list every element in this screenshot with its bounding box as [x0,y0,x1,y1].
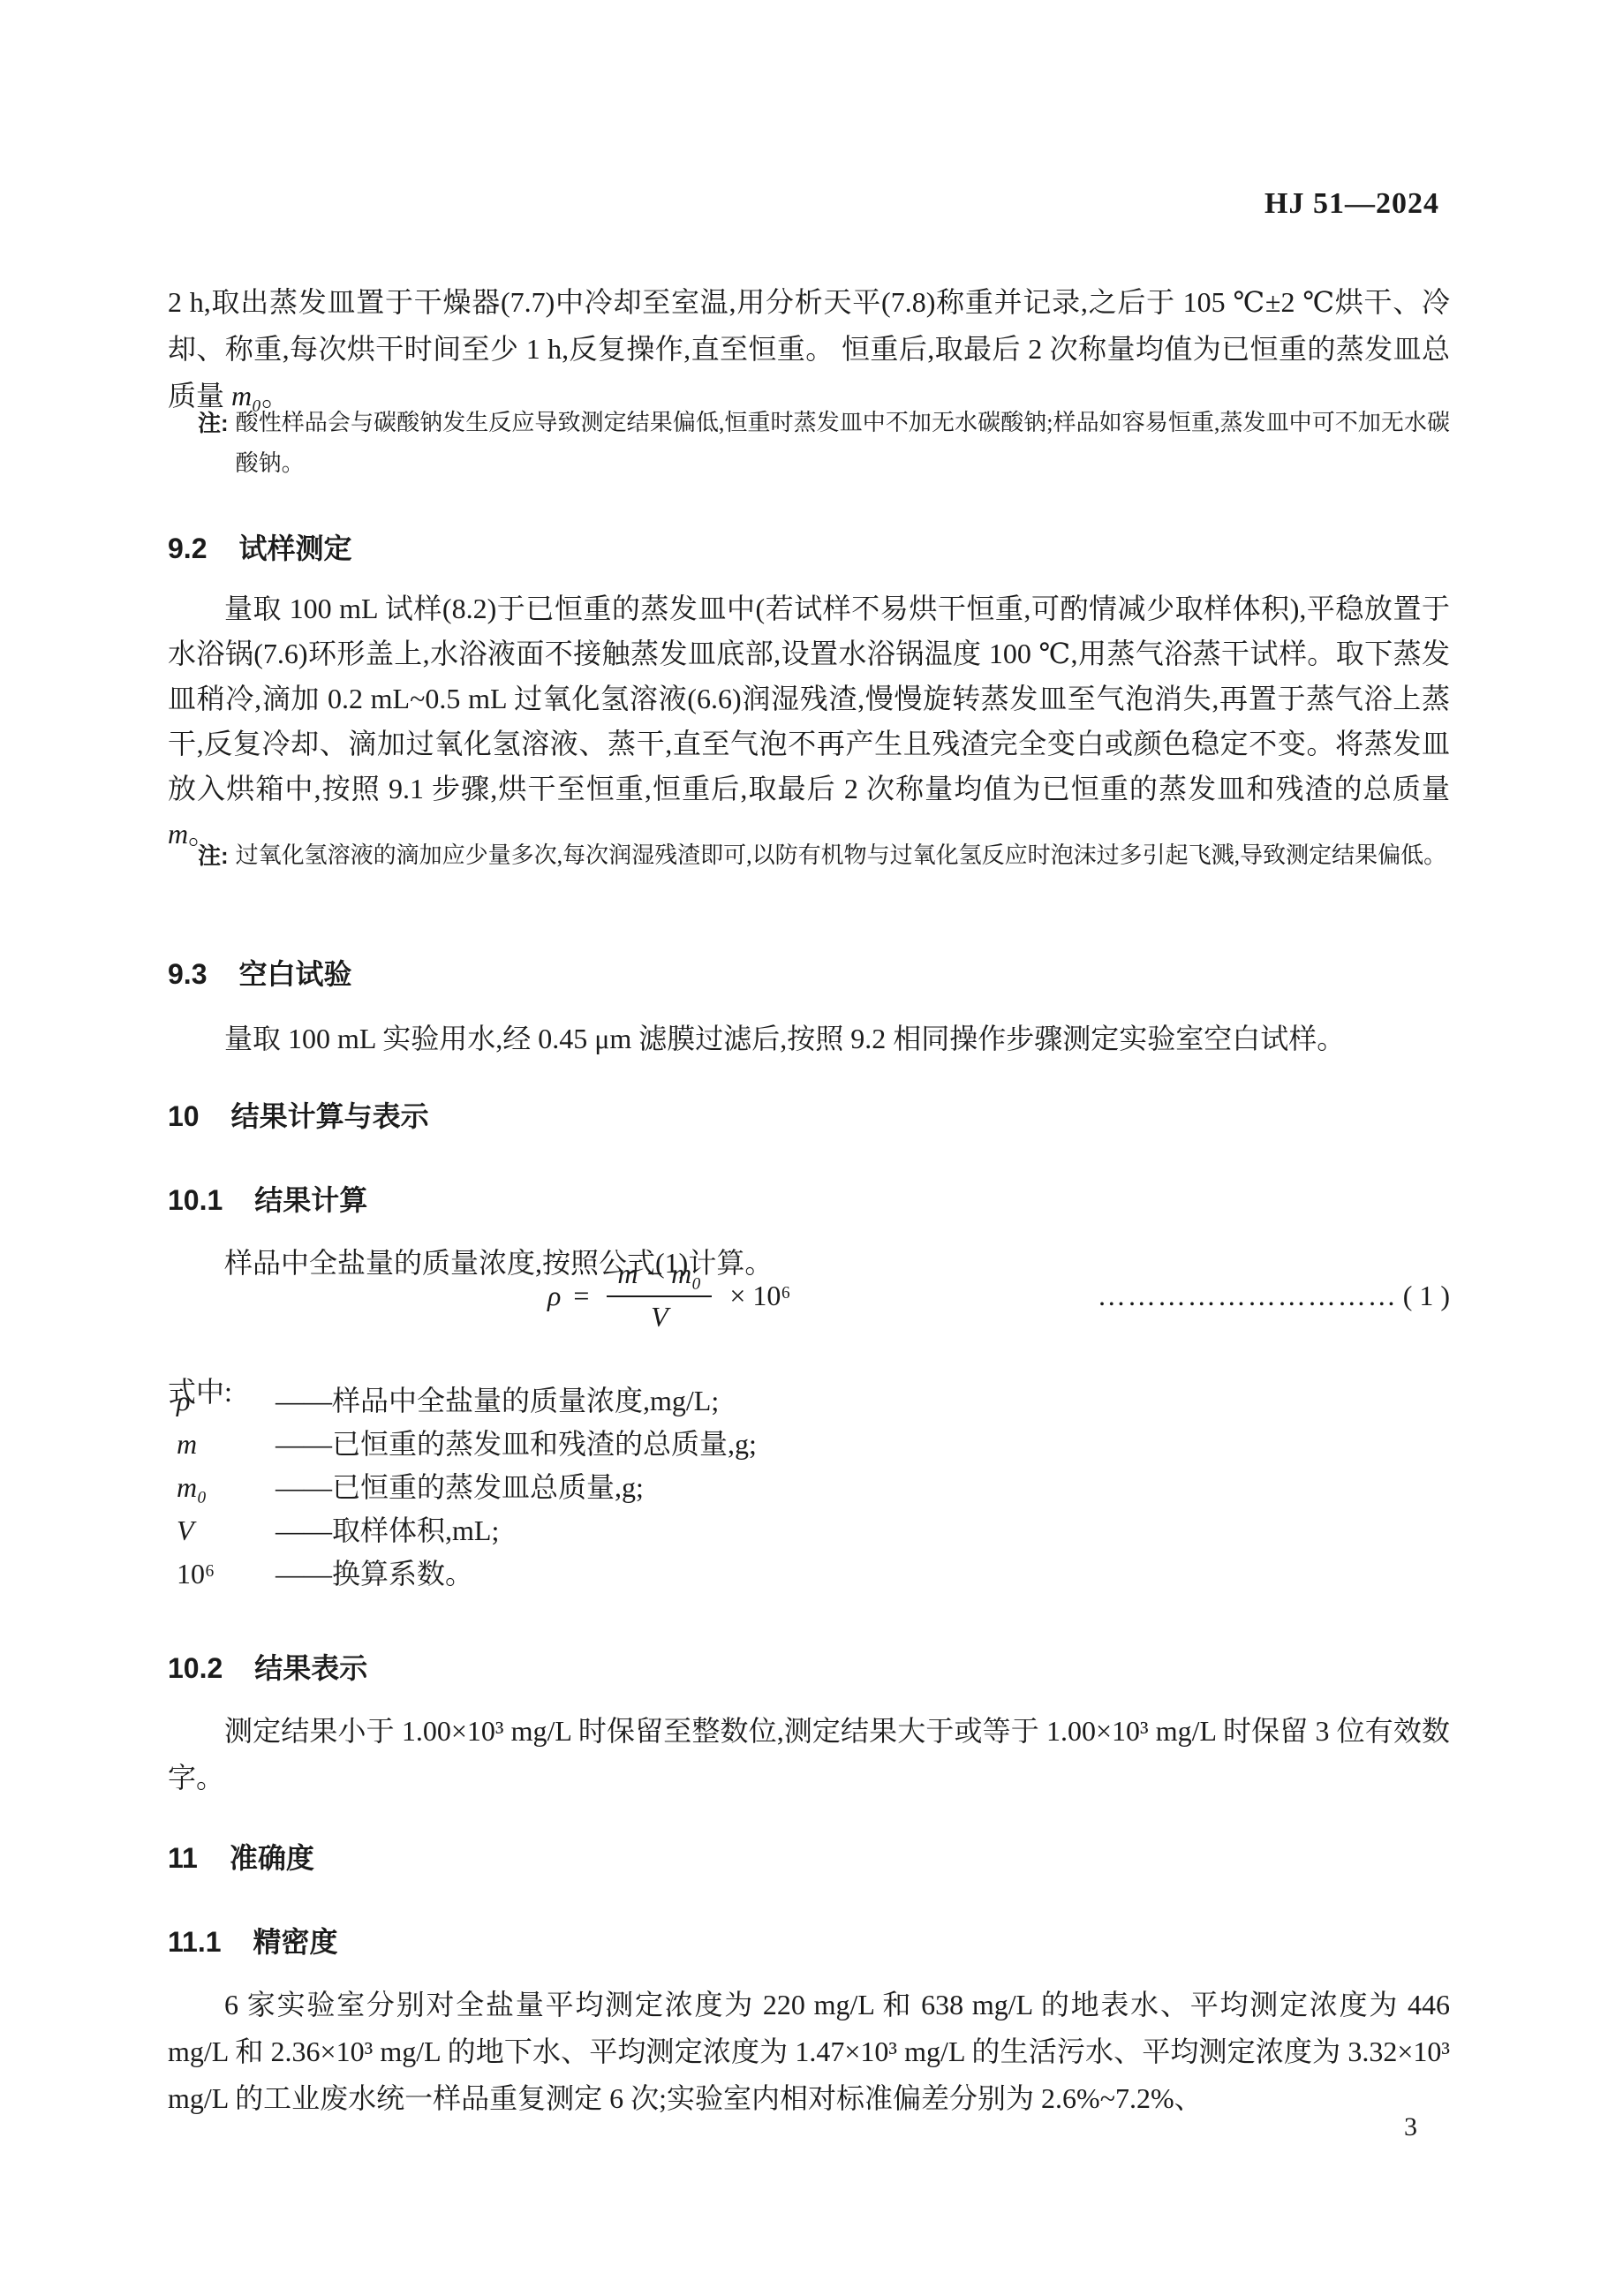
heading-number: 9.2 [168,532,207,564]
page-content: 2 h,取出蒸发皿置于干燥器(7.7)中冷却至室温,用分析天平(7.8)称重并记… [168,0,1450,2296]
page-number: 3 [1404,2112,1417,2142]
definition-dash: —— [276,1423,332,1466]
list-item: V —— 取样体积,mL; [168,1509,1450,1552]
equals-sign: = [573,1280,589,1312]
definition-dash: —— [276,1509,332,1552]
heading-9-3: 9.3空白试验 [168,955,1450,993]
leader-dots: ………………………… [1098,1280,1398,1311]
heading-10-1: 10.1结果计算 [168,1182,1450,1219]
note-text: 酸性样品会与碳酸钠发生反应导致测定结果偏低,恒重时蒸发皿中不加无水碳酸钠;样品如… [236,403,1450,484]
fraction: m − m₀ V [607,1258,712,1333]
paragraph-9-1-continuation: 2 h,取出蒸发皿置于干燥器(7.7)中冷却至室温,用分析天平(7.8)称重并记… [168,279,1450,419]
equation-number: ( 1 ) [1403,1280,1450,1311]
variable-term: m₀ [177,1466,276,1509]
heading-number: 11 [168,1842,198,1874]
variable-description: 换算系数。 [332,1552,1450,1596]
heading-title: 结果计算与表示 [231,1100,429,1132]
heading-number: 11.1 [168,1926,222,1958]
variable-rho: ρ [547,1280,561,1312]
definition-dash: —— [276,1466,332,1509]
note-text: 过氧化氢溶液的滴加应少量多次,每次润湿残渣即可,以防有机物与过氧化氢反应时泡沫过… [236,835,1450,876]
paragraph-text: 2 h,取出蒸发皿置于干燥器(7.7)中冷却至室温,用分析天平(7.8)称重并记… [168,286,1450,412]
variable-term: m [177,1423,276,1466]
paragraph-9-3: 量取 100 mL 实验用水,经 0.45 μm 滤膜过滤后,按照 9.2 相同… [168,1016,1450,1062]
variable-description: 样品中全盐量的质量浓度,mg/L; [332,1379,1450,1423]
heading-title: 精密度 [253,1926,338,1958]
definition-dash: —— [276,1379,332,1423]
heading-11: 11准确度 [168,1839,1450,1877]
variable-term: ρ [177,1379,276,1423]
fraction-numerator: m − m₀ [607,1258,712,1297]
variable-m: m [168,818,188,850]
equation-1: ρ = m − m₀ V × 10⁶ …………………………( 1 ) [168,1258,1450,1333]
equation-expression: ρ = m − m₀ V × 10⁶ [547,1258,791,1333]
heading-title: 试样测定 [238,532,351,564]
heading-title: 空白试验 [238,958,351,990]
heading-10-2: 10.2结果表示 [168,1650,1450,1687]
note-label: 注: [198,403,229,484]
heading-title: 准确度 [230,1842,314,1874]
variable-definitions: ρ —— 样品中全盐量的质量浓度,mg/L; m —— 已恒重的蒸发皿和残渣的总… [168,1379,1450,1596]
paragraph-11-1: 6 家实验室分别对全盐量平均测定浓度为 220 mg/L 和 638 mg/L … [168,1982,1450,2122]
list-item: m₀ —— 已恒重的蒸发皿总质量,g; [168,1466,1450,1509]
heading-number: 10.1 [168,1184,223,1216]
paragraph-text: 量取 100 mL 试样(8.2)于已恒重的蒸发皿中(若试样不易烘干恒重,可酌情… [168,593,1450,804]
note-label: 注: [198,835,229,876]
heading-title: 结果计算 [254,1184,367,1216]
heading-number: 9.3 [168,958,207,990]
paragraph-10-2: 测定结果小于 1.00×10³ mg/L 时保留至整数位,测定结果大于或等于 1… [168,1708,1450,1801]
variable-description: 已恒重的蒸发皿总质量,g; [332,1466,1450,1509]
heading-11-1: 11.1精密度 [168,1923,1450,1960]
heading-9-2: 9.2试样测定 [168,530,1450,567]
variable-description: 已恒重的蒸发皿和残渣的总质量,g; [332,1423,1450,1466]
list-item: ρ —— 样品中全盐量的质量浓度,mg/L; [168,1379,1450,1423]
variable-term: 10⁶ [177,1552,276,1596]
document-page: HJ 51—2024 2 h,取出蒸发皿置于干燥器(7.7)中冷却至室温,用分析… [0,0,1623,2296]
heading-title: 结果表示 [254,1652,367,1684]
heading-10: 10结果计算与表示 [168,1098,1450,1135]
heading-number: 10.2 [168,1652,223,1684]
multiplier: × 10⁶ [729,1280,790,1312]
variable-term: V [177,1509,276,1552]
note-9-1: 注: 酸性样品会与碳酸钠发生反应导致测定结果偏低,恒重时蒸发皿中不加无水碳酸钠;… [198,403,1450,484]
fraction-denominator: V [651,1297,668,1333]
equation-leader: …………………………( 1 ) [791,1280,1450,1312]
paragraph-9-2: 量取 100 mL 试样(8.2)于已恒重的蒸发皿中(若试样不易烘干恒重,可酌情… [168,586,1450,857]
definition-dash: —— [276,1552,332,1596]
list-item: 10⁶ —— 换算系数。 [168,1552,1450,1596]
note-9-2: 注: 过氧化氢溶液的滴加应少量多次,每次润湿残渣即可,以防有机物与过氧化氢反应时… [198,835,1450,876]
heading-number: 10 [168,1100,200,1132]
variable-description: 取样体积,mL; [332,1509,1450,1552]
list-item: m —— 已恒重的蒸发皿和残渣的总质量,g; [168,1423,1450,1466]
